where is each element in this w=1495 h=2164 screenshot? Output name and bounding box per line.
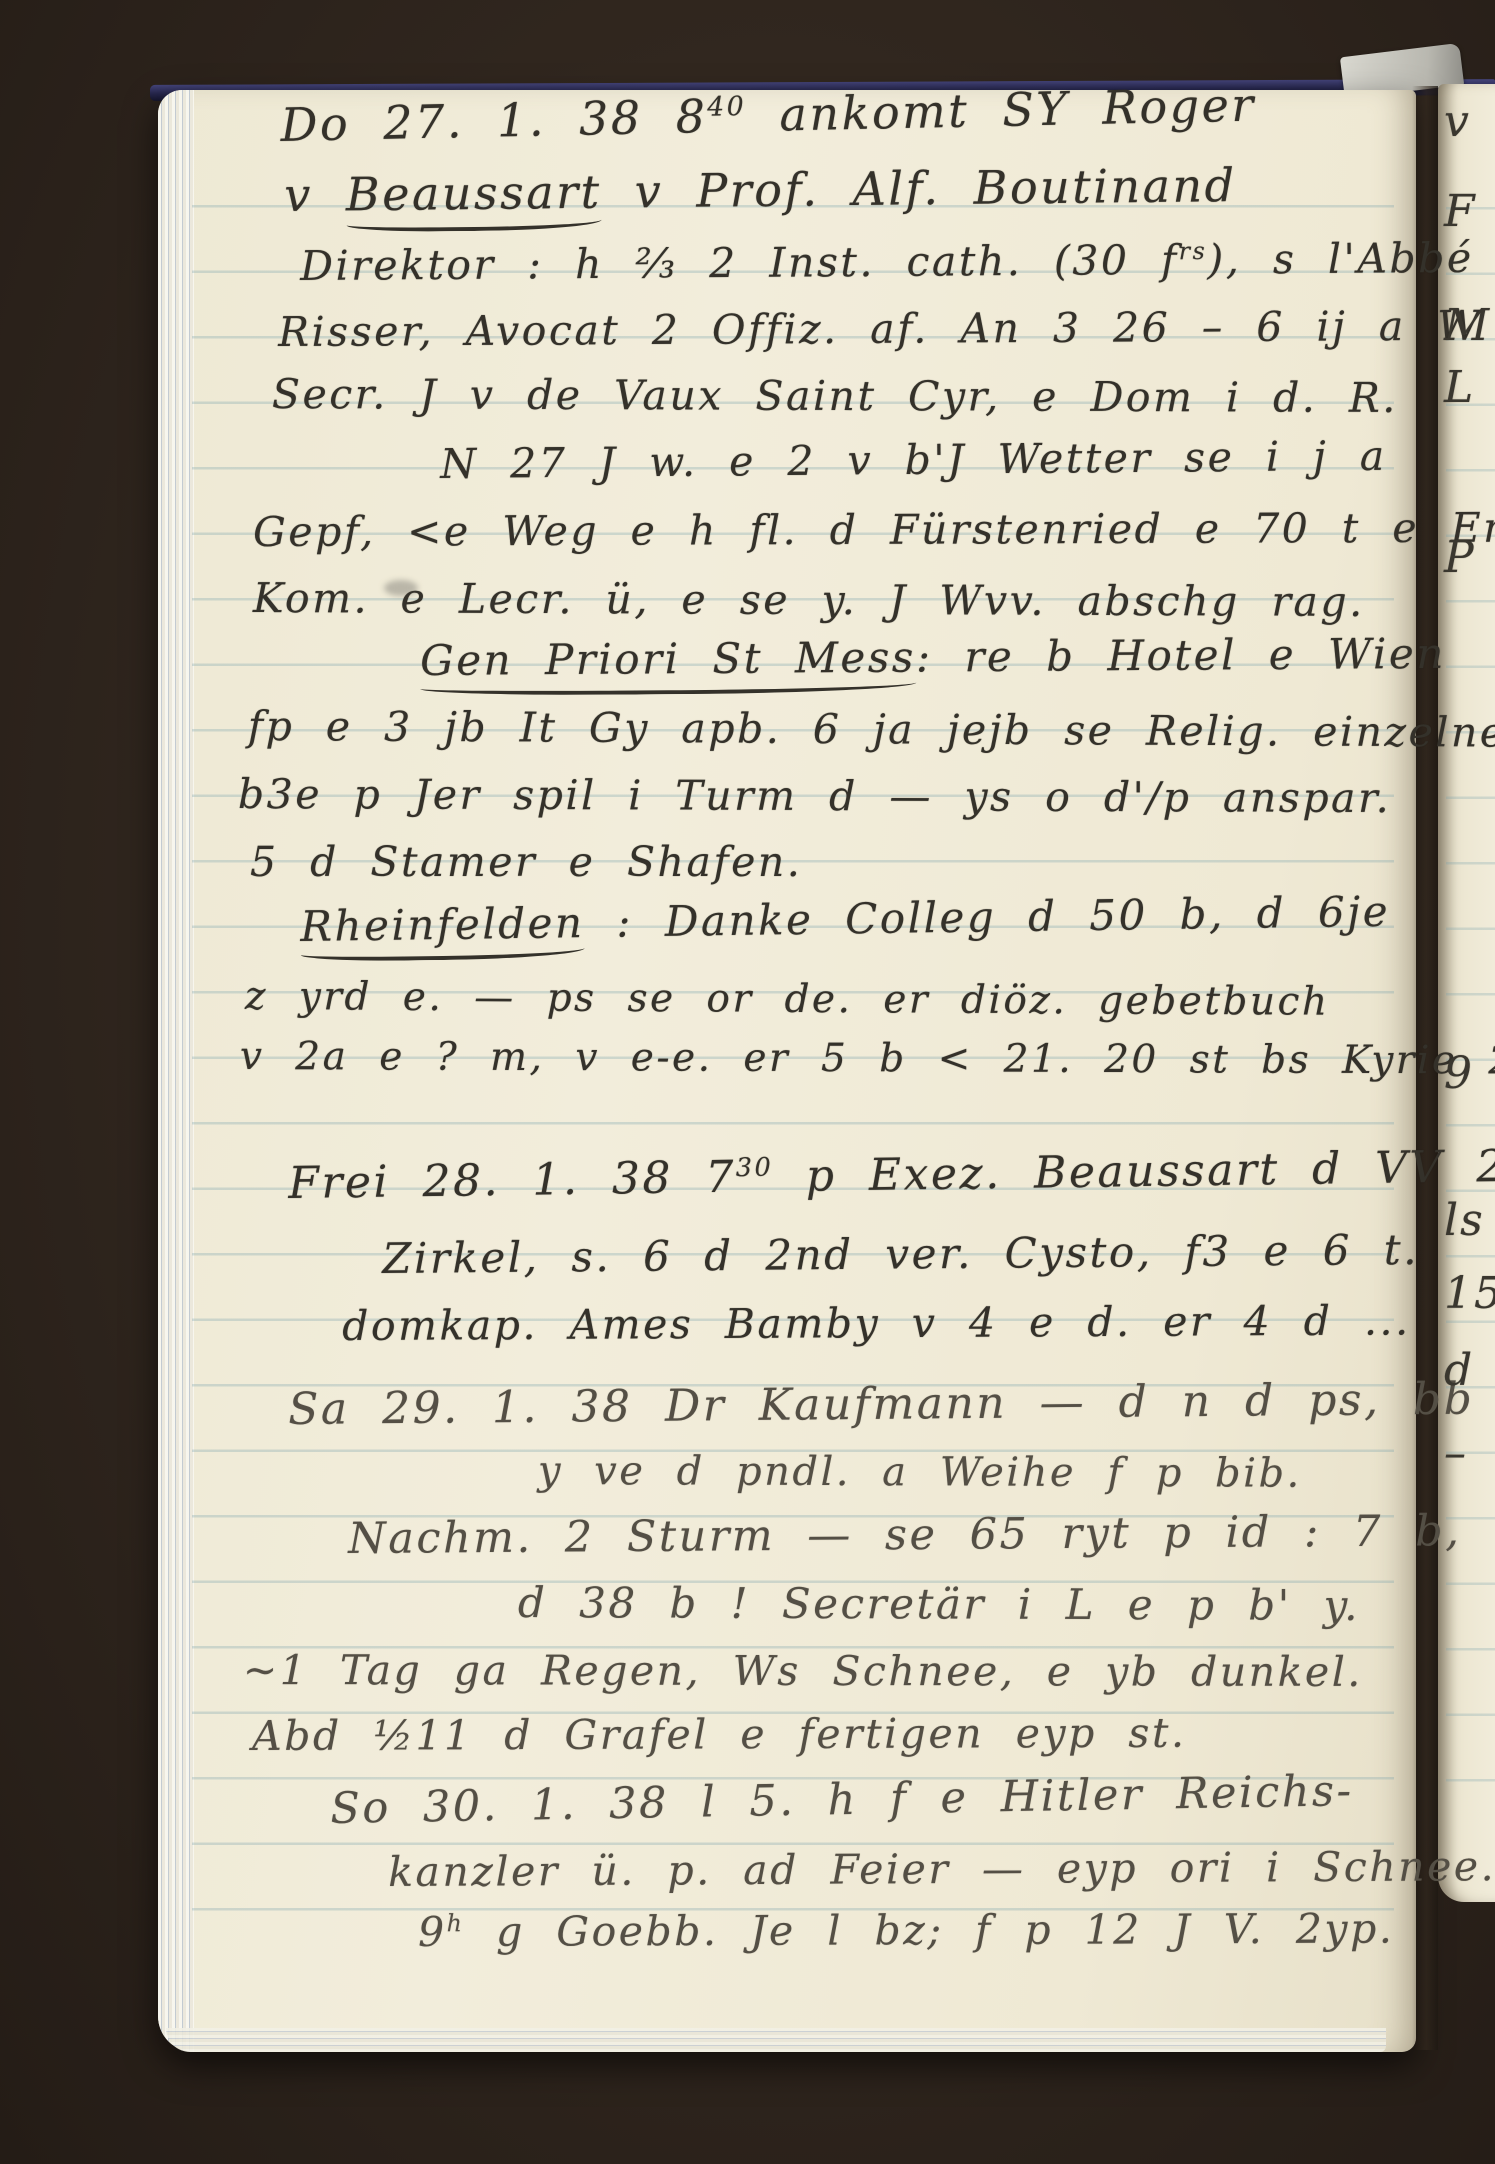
notebook-page [158,90,1416,2052]
page-stack-edge-bottom [166,2028,1386,2052]
facing-page-ruled-lines [1446,144,1495,1842]
page-stack-edge-left [158,90,194,2052]
scanned-diary-photo: { "document": { "kind": "handwritten dia… [0,0,1495,2164]
ink-smudge [384,580,418,596]
ruled-lines [192,142,1394,1942]
gutter-crease [1412,86,1438,2050]
facing-page-sliver [1438,84,1495,1902]
